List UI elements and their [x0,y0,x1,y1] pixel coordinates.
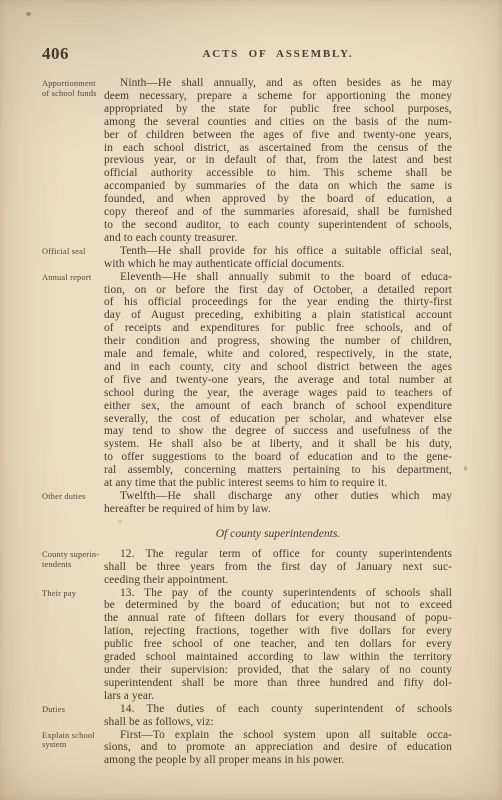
margin-note: Their pay [42,589,102,599]
paragraph-lines: Twelfth—He shall discharge any other dut… [104,490,452,516]
paragraph-lines: 13. The pay of the county superintendent… [104,587,452,703]
text-line: superintendent shall be more than three … [104,677,452,690]
margin-note-line: County superin- [42,550,102,560]
margin-note-line: Their pay [42,589,102,599]
text-line: their condition and progress, showing th… [104,335,452,348]
margin-note: Annual report [42,273,102,283]
text-line: lation, rejecting fractions, together wi… [104,625,452,638]
text-line: and in each county, city and school dist… [104,361,452,374]
text-line: be determined by the board of education;… [104,599,452,612]
text-line: day of August preceding, exhibiting a pl… [104,309,452,322]
book-page: 406 ACTS OF ASSEMBLY. Apportionmentof sc… [0,0,502,800]
paragraph-lines: Tenth—He shall provide for his office a … [104,245,452,271]
text-line: copy thereof and of the summaries afores… [104,206,452,219]
paragraph: Their pay13. The pay of the county super… [104,587,452,703]
text-line: Eleventh—He shall annually submit to the… [104,271,452,284]
text-line: 14. The duties of each county superinten… [104,703,452,716]
text-line: severally, the cost of education per sch… [104,413,452,426]
text-line: at any time that the public interest see… [104,477,452,490]
text-line: of his official proceedings for the year… [104,296,452,309]
text-line: ber of children between the ages of five… [104,129,452,142]
paragraph-lines: Eleventh—He shall annually submit to the… [104,271,452,490]
margin-note: County superin-tendents [42,550,102,570]
text-line: among the several counties and cities on… [104,116,452,129]
paragraph: Annual reportEleventh—He shall annually … [104,271,452,490]
text-line: with which he may authenticate official … [104,258,452,271]
margin-note-line: Official seal [42,247,102,257]
text-line: the annual rate of fifteen dollars for e… [104,612,452,625]
text-line: male and female, white and colored, resp… [104,348,452,361]
text-line: to the second auditor, to each county su… [104,219,452,232]
text-line: either sex, the amount of each branch of… [104,400,452,413]
paper-speck [464,466,467,471]
text-line: 13. The pay of the county superintendent… [104,587,452,600]
text-line: hereafter be required of him by law. [104,503,452,516]
paragraph-lines: 14. The duties of each county superinten… [104,703,452,729]
paragraph-lines: 12. The regular term of office for count… [104,548,452,587]
margin-note-line: Other duties [42,492,102,502]
margin-note-line: Annual report [42,273,102,283]
text-line: to offer suggestions to the board of edu… [104,451,452,464]
paragraph: Apportionmentof school fundsNinth—He sha… [104,77,452,245]
text-line: of receipts and expenditures for public … [104,322,452,335]
margin-note-line: Apportionment [42,79,102,89]
running-head-title: ACTS OF ASSEMBLY. [104,48,452,60]
text-line: ral assembly, concerning matters pertain… [104,464,452,477]
paragraph: Explain schoolsystemFirst—To explain the… [104,729,452,768]
text-line: previous year, or in default of that, fr… [104,154,452,167]
text-line: ceeding their appointment. [104,574,452,587]
text-line: Tenth—He shall provide for his office a … [104,245,452,258]
text-line: tion, on or before the first day of Octo… [104,284,452,297]
page-content: Apportionmentof school fundsNinth—He sha… [104,77,452,767]
text-line: shall be three years from the first day … [104,561,452,574]
paragraph: Other dutiesTwelfth—He shall discharge a… [104,490,452,516]
paragraph-lines: First—To explain the school system upon … [104,729,452,768]
paragraph: Duties14. The duties of each county supe… [104,703,452,729]
text-line: and to each county treasurer. [104,232,452,245]
text-line: public free school of one teacher, and t… [104,638,452,651]
text-line: deem necessary, prepare a scheme for app… [104,90,452,103]
margin-note-line: Duties [42,705,102,715]
text-line: in each school district, as ascertained … [104,142,452,155]
margin-note: Other duties [42,492,102,502]
text-line: Twelfth—He shall discharge any other dut… [104,490,452,503]
margin-note-line: of school funds [42,89,102,99]
margin-note-line: tendents [42,560,102,570]
text-line: appropriated by the state for public fre… [104,103,452,116]
text-line: 12. The regular term of office for count… [104,548,452,561]
text-line: under their supervision: provided, that … [104,664,452,677]
text-line: founded, and when approved by the board … [104,193,452,206]
paragraph: Official sealTenth—He shall provide for … [104,245,452,271]
text-line: accompanied by summaries of the data on … [104,180,452,193]
margin-note-line: system [42,740,102,750]
paragraph: County superin-tendents12. The regular t… [104,548,452,587]
text-line: of five and twenty-one years, the averag… [104,374,452,387]
section-heading: Of county superintendents. [104,527,452,540]
text-line: sions, and to promote an appreciation an… [104,741,452,754]
margin-note: Explain schoolsystem [42,731,102,751]
margin-note-line: Explain school [42,731,102,741]
text-line: Ninth—He shall annually, and as often be… [104,77,452,90]
text-line: school during the year, the average wage… [104,387,452,400]
paper-speck [26,12,31,16]
text-line: system. He shall also be at liberty, and… [104,438,452,451]
text-line: among the people by all proper means in … [104,754,452,767]
page-number: 406 [42,44,69,64]
text-line: may tend to show the degree of success a… [104,425,452,438]
text-line: official authority accessible to him. Th… [104,167,452,180]
margin-note: Apportionmentof school funds [42,79,102,99]
margin-note: Official seal [42,247,102,257]
margin-note: Duties [42,705,102,715]
text-line: shall be as follows, viz: [104,716,452,729]
text-line: First—To explain the school system upon … [104,729,452,742]
paragraph-lines: Ninth—He shall annually, and as often be… [104,77,452,245]
text-line: graded school maintained according to la… [104,651,452,664]
text-line: lars a year. [104,690,452,703]
